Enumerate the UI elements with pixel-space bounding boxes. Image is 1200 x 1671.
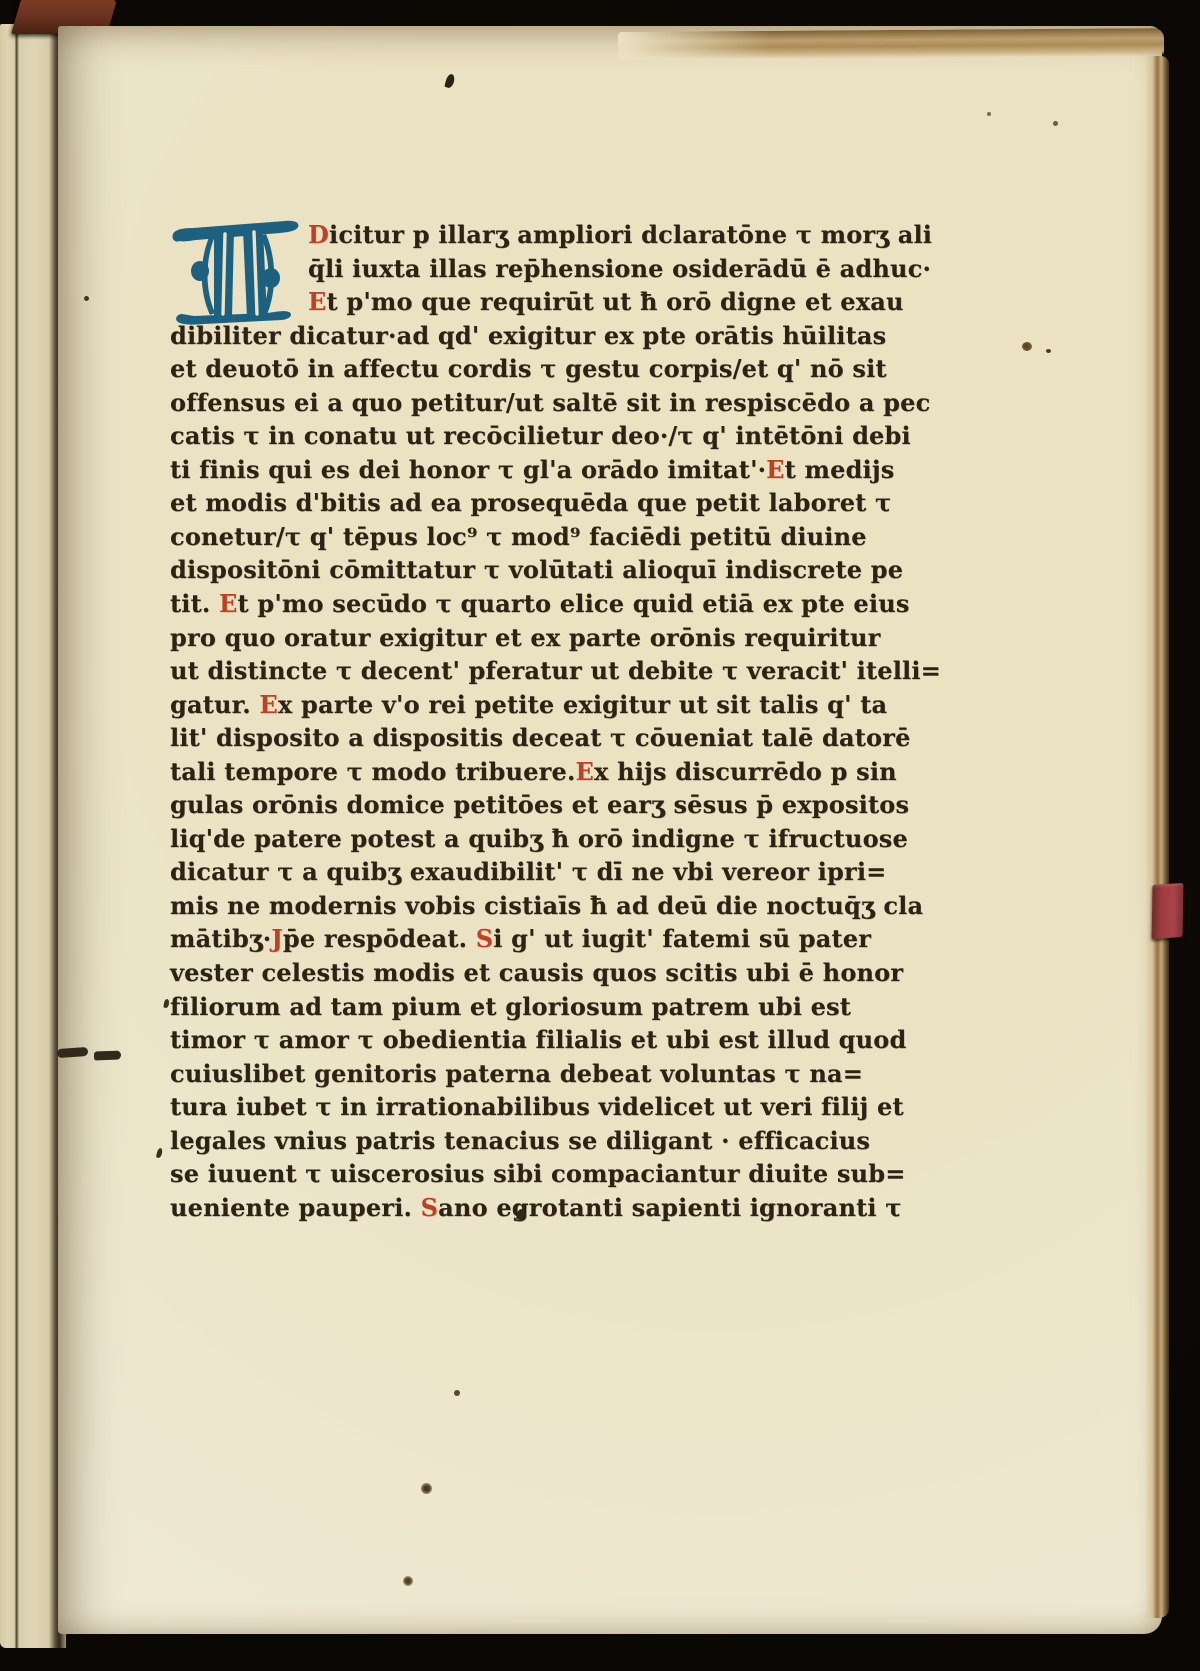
- text-line: mis ne modernis vobis cistiaīs ħ ad deū …: [170, 889, 882, 923]
- text-line: liq'de patere potest a quibʒ ħ orō indig…: [170, 822, 882, 856]
- wormhole: [403, 1576, 413, 1586]
- text-line: pro quo oratur exigitur et ex parte orōn…: [170, 621, 882, 655]
- text-line: offensus ei a quo petitur/ut saltē sit i…: [170, 386, 882, 420]
- margin-mark: [94, 1051, 121, 1061]
- text-line: catis τ in conatu ut recōcilietur deo·/τ…: [170, 419, 882, 453]
- text-line: ti finis qui es dei honor τ gl'a orādo i…: [170, 453, 882, 487]
- page-fore-edge: [1145, 56, 1169, 1618]
- left-page-edges: [0, 24, 66, 1648]
- text-block: Dicitur p illarʒ ampliori dclaratōne τ m…: [170, 218, 882, 1224]
- text-line: filiorum ad tam pium et gloriosum patrem…: [170, 990, 882, 1024]
- text-line: gulas orōnis domice petitōes et earʒ sēs…: [170, 788, 882, 822]
- text-line: tit. Et p'mo secūdo τ quarto elice quid …: [170, 587, 882, 621]
- text-line: lit' disposito a dispositis deceat τ cōu…: [170, 721, 882, 755]
- ink-speck: [84, 296, 89, 301]
- text-line: tura iubet τ in irrationabilibus videlic…: [170, 1090, 882, 1124]
- text-line: gatur. Ex parte v'o rei petite exigitur …: [170, 688, 882, 722]
- text-line: et modis d'bitis ad ea prosequēda que pe…: [170, 486, 882, 520]
- paper-blemish: [1022, 342, 1032, 351]
- text-line: cuiuslibet genitoris paterna debeat volu…: [170, 1057, 882, 1091]
- text-line: tali tempore τ modo tribuere.Ex hijs dis…: [170, 755, 882, 789]
- text-line: mātibʒ·Jp̄e respōdeat. Si g' ut iugit' f…: [170, 922, 882, 956]
- text-line: conetur/τ q' tēpus loc⁹ τ mod⁹ faciēdi p…: [170, 520, 882, 554]
- book-photo: Dicitur p illarʒ ampliori dclaratōne τ m…: [0, 0, 1200, 1671]
- text-line: vester celestis modis et causis quos sci…: [170, 956, 882, 990]
- text-line: timor τ amor τ obedientia filialis et ub…: [170, 1023, 882, 1057]
- wormhole: [421, 1483, 432, 1494]
- text-line: dispositōni cōmittatur τ volūtati alioqu…: [170, 553, 882, 587]
- ink-speck: [1053, 121, 1058, 126]
- text-line: Et p'mo que requirūt ut ħ orō digne et e…: [170, 285, 882, 319]
- paper-blemish: [1046, 349, 1051, 353]
- paper-blemish: [454, 1390, 460, 1396]
- text-line: ut distincte τ decent' pferatur ut debit…: [170, 654, 882, 688]
- text-line: ueniente pauperi. Sano egrotanti sapient…: [170, 1191, 882, 1225]
- text-line: legales vnius patris tenacius se diligan…: [170, 1124, 882, 1158]
- bookmark-tab: [1152, 883, 1184, 939]
- text-line: dicatur τ a quibʒ exaudibilit' τ dī ne v…: [170, 855, 882, 889]
- paper-blemish: [987, 112, 991, 116]
- page-top-edge: [618, 28, 1164, 60]
- text-line: q̄li iuxta illas rep̄hensione osiderādū …: [170, 252, 882, 286]
- text-line: se iuuent τ uiscerosius sibi compaciantu…: [170, 1157, 882, 1191]
- text-line: et deuotō in affectu cordis τ gestu corp…: [170, 352, 882, 386]
- text-line: dibiliter dicatur·ad qd' exigitur ex pte…: [170, 319, 882, 353]
- text-line: Dicitur p illarʒ ampliori dclaratōne τ m…: [170, 218, 882, 252]
